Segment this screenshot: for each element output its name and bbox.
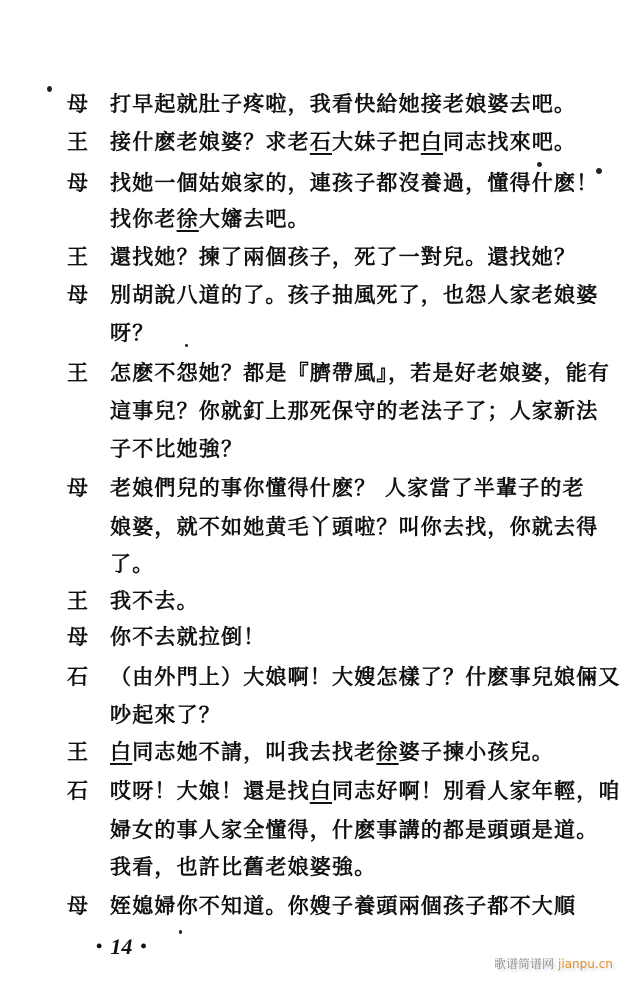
underlined-name: 白 — [310, 778, 332, 803]
page-number: •14• — [88, 934, 155, 960]
text-segment: 打早起就肚子疼啦，我看快給她接老娘婆去吧。 — [110, 91, 576, 116]
dialogue-text: 娘婆，就不如她黄毛丫頭啦？叫你去找，你就去得 — [110, 512, 598, 542]
dialogue-text: 我看，也許比舊老娘婆強。 — [110, 852, 376, 882]
text-segment: 同志找來吧。 — [443, 129, 576, 154]
speaker-label: 石 — [67, 662, 93, 692]
text-segment: 同志好啊！別看人家年輕，咱 — [332, 778, 621, 803]
dialogue-text: 你不去就拉倒！ — [110, 622, 265, 652]
dialogue-line: 了。 — [0, 549, 640, 579]
dialogue-line: 王怎麽不怨她？都是『臍帶風』，若是好老娘婆，能有 — [0, 358, 640, 388]
dialogue-line: 婦女的事人家全懂得，什麽事講的都是頭頭是道。 — [0, 815, 640, 845]
text-segment: 子不比她強？ — [110, 436, 243, 461]
underlined-name: 徐 — [177, 206, 199, 231]
dialogue-line: 子不比她強？ — [0, 434, 640, 464]
dialogue-line: 找你老徐大嬸去吧。 — [0, 204, 640, 234]
scan-speck — [47, 86, 52, 92]
dialogue-line: 我看，也許比舊老娘婆強。 — [0, 852, 640, 882]
dialogue-text: 這事兒？你就釘上那死保守的老法子了；人家新法 — [110, 396, 598, 426]
dialogue-text: 了。 — [110, 549, 154, 579]
text-segment: 大妹子把 — [332, 129, 421, 154]
page-number-dot-right: • — [140, 936, 146, 956]
speaker-label: 王 — [67, 242, 93, 272]
dialogue-line: 母老娘們兒的事你懂得什麽？ 人家當了半輩子的老 — [0, 473, 640, 503]
text-segment: （由外門上）大娘啊！大嫂怎樣了？什麽事兒娘倆又 — [110, 664, 621, 689]
scan-speck — [596, 168, 602, 174]
text-segment: 了。 — [110, 551, 154, 576]
text-segment: 哎呀！大娘！還是找 — [110, 778, 310, 803]
dialogue-text: 找你老徐大嬸去吧。 — [110, 204, 310, 234]
text-segment: 找她一個姑娘家的，連孩子都沒養過，懂得什麽！ — [110, 170, 598, 195]
text-segment: 呀？ — [110, 320, 154, 345]
text-segment: 找你老 — [110, 206, 177, 231]
scan-speck — [179, 930, 182, 934]
dialogue-text: （由外門上）大娘啊！大嫂怎樣了？什麽事兒娘倆又 — [110, 662, 621, 692]
speaker-label: 母 — [67, 891, 93, 921]
dialogue-text: 老娘們兒的事你懂得什麽？ 人家當了半輩子的老 — [110, 473, 585, 503]
watermark-url: jianpu.cn — [558, 957, 613, 971]
dialogue-line: 王我不去。 — [0, 586, 640, 616]
dialogue-line: 母別胡說八道的了。孩子抽風死了，也怨人家老娘婆 — [0, 280, 640, 310]
speaker-label: 母 — [67, 168, 93, 198]
speaker-label: 母 — [67, 622, 93, 652]
speaker-label: 母 — [67, 473, 93, 503]
text-segment: 婆子揀小孩兒。 — [399, 739, 554, 764]
dialogue-line: 母打早起就肚子疼啦，我看快給她接老娘婆去吧。 — [0, 89, 640, 119]
dialogue-text: 子不比她強？ — [110, 434, 243, 464]
dialogue-line: 母你不去就拉倒！ — [0, 622, 640, 652]
dialogue-text: 還找她？揀了兩個孩子，死了一對兒。還找她？ — [110, 242, 576, 272]
underlined-name: 石 — [310, 129, 332, 154]
text-segment: 還找她？揀了兩個孩子，死了一對兒。還找她？ — [110, 244, 576, 269]
dialogue-line: 母姪媳婦你不知道。你嫂子養頭兩個孩子都不大順 — [0, 891, 640, 921]
scanned-page: 母打早起就肚子疼啦，我看快給她接老娘婆去吧。王接什麽老娘婆？求老石大妹子把白同志… — [0, 0, 640, 985]
text-segment: 怎麽不怨她？都是『臍帶風』，若是好老娘婆，能有 — [110, 360, 610, 385]
dialogue-text: 白同志她不請，叫我去找老徐婆子揀小孩兒。 — [110, 737, 554, 767]
dialogue-line: 石哎呀！大娘！還是找白同志好啊！別看人家年輕，咱 — [0, 776, 640, 806]
watermark-site-name: 歌谱简谱网 — [494, 957, 554, 971]
scan-speck — [537, 162, 542, 167]
page-number-value: 14 — [110, 934, 132, 959]
speaker-label: 王 — [67, 586, 93, 616]
text-segment: 姪媳婦你不知道。你嫂子養頭兩個孩子都不大順 — [110, 893, 576, 918]
dialogue-line: 王白同志她不請，叫我去找老徐婆子揀小孩兒。 — [0, 737, 640, 767]
dialogue-line: 王接什麽老娘婆？求老石大妹子把白同志找來吧。 — [0, 127, 640, 157]
dialogue-line: 吵起來了？ — [0, 700, 640, 730]
speaker-label: 王 — [67, 127, 93, 157]
dialogue-line: 呀？ — [0, 318, 640, 348]
text-segment: 吵起來了？ — [110, 702, 221, 727]
speaker-label: 母 — [67, 89, 93, 119]
dialogue-line: 娘婆，就不如她黄毛丫頭啦？叫你去找，你就去得 — [0, 512, 640, 542]
page-number-dot-left: • — [96, 936, 102, 956]
dialogue-text: 找她一個姑娘家的，連孩子都沒養過，懂得什麽！ — [110, 168, 598, 198]
text-segment: 我看，也許比舊老娘婆強。 — [110, 854, 376, 879]
dialogue-text: 我不去。 — [110, 586, 199, 616]
text-segment: 別胡說八道的了。孩子抽風死了，也怨人家老娘婆 — [110, 282, 598, 307]
watermark: 歌谱简谱网jianpu.cn — [494, 955, 613, 972]
dialogue-line: 母找她一個姑娘家的，連孩子都沒養過，懂得什麽！ — [0, 168, 640, 198]
dialogue-line: 王還找她？揀了兩個孩子，死了一對兒。還找她？ — [0, 242, 640, 272]
dialogue-text: 哎呀！大娘！還是找白同志好啊！別看人家年輕，咱 — [110, 776, 621, 806]
dialogue-text: 接什麽老娘婆？求老石大妹子把白同志找來吧。 — [110, 127, 576, 157]
dialogue-text: 呀？ — [110, 318, 154, 348]
dialogue-line: 石（由外門上）大娘啊！大嫂怎樣了？什麽事兒娘倆又 — [0, 662, 640, 692]
dialogue-text: 姪媳婦你不知道。你嫂子養頭兩個孩子都不大順 — [110, 891, 576, 921]
underlined-name: 白 — [421, 129, 443, 154]
text-segment: 同志她不請，叫我去找老 — [132, 739, 376, 764]
text-segment: 接什麽老娘婆？求老 — [110, 129, 310, 154]
text-segment: 這事兒？你就釘上那死保守的老法子了；人家新法 — [110, 398, 598, 423]
underlined-name: 白 — [110, 739, 132, 764]
speaker-label: 石 — [67, 776, 93, 806]
dialogue-text: 怎麽不怨她？都是『臍帶風』，若是好老娘婆，能有 — [110, 358, 610, 388]
text-segment: 娘婆，就不如她黄毛丫頭啦？叫你去找，你就去得 — [110, 514, 598, 539]
text-segment: 大嬸去吧。 — [199, 206, 310, 231]
speaker-label: 母 — [67, 280, 93, 310]
dialogue-text: 別胡說八道的了。孩子抽風死了，也怨人家老娘婆 — [110, 280, 598, 310]
underlined-name: 徐 — [376, 739, 398, 764]
text-segment: 老娘們兒的事你懂得什麽？ 人家當了半輩子的老 — [110, 475, 585, 500]
dialogue-text: 吵起來了？ — [110, 700, 221, 730]
dialogue-text: 婦女的事人家全懂得，什麽事講的都是頭頭是道。 — [110, 815, 598, 845]
text-segment: 婦女的事人家全懂得，什麽事講的都是頭頭是道。 — [110, 817, 598, 842]
speaker-label: 王 — [67, 358, 93, 388]
text-segment: 我不去。 — [110, 588, 199, 613]
scan-speck — [185, 344, 188, 347]
dialogue-line: 這事兒？你就釘上那死保守的老法子了；人家新法 — [0, 396, 640, 426]
text-segment: 你不去就拉倒！ — [110, 624, 265, 649]
dialogue-text: 打早起就肚子疼啦，我看快給她接老娘婆去吧。 — [110, 89, 576, 119]
speaker-label: 王 — [67, 737, 93, 767]
